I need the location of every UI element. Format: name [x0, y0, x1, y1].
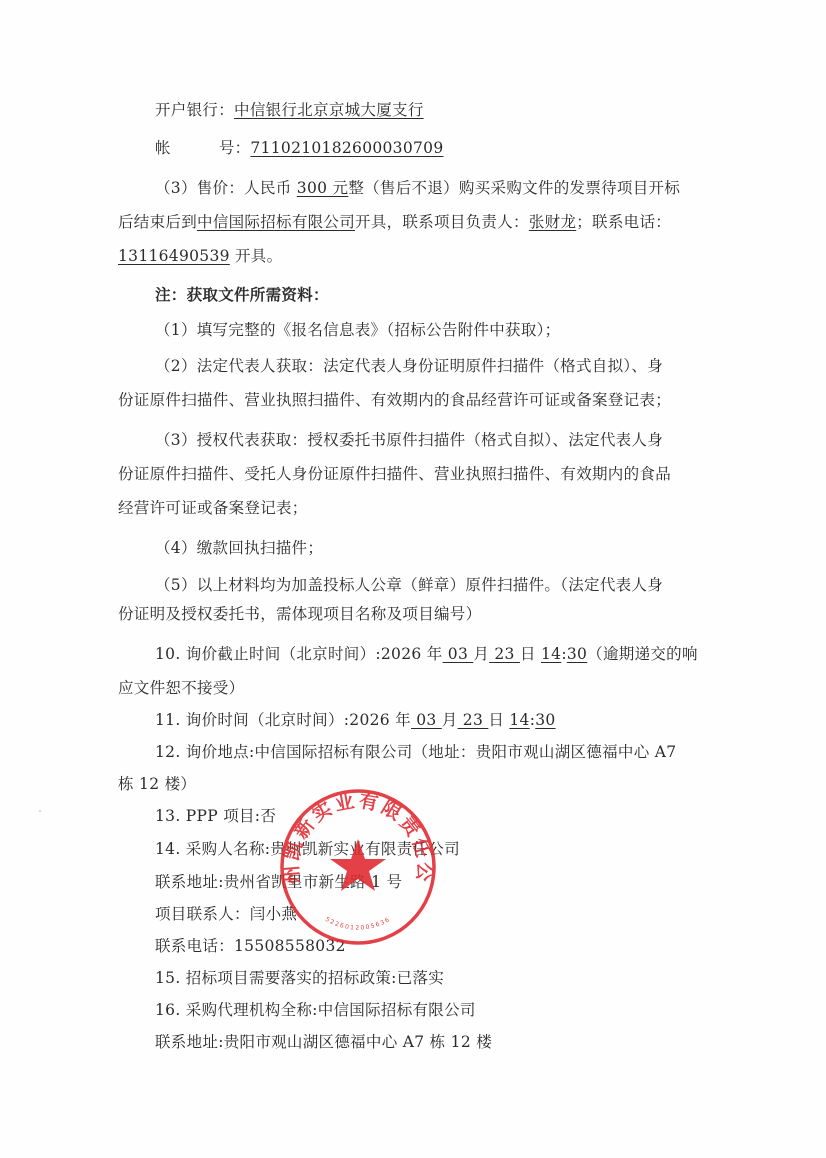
agency-name: 16. 采购代理机构全称:中信国际招标有限公司 — [155, 1000, 476, 1020]
scan-speck — [39, 810, 41, 812]
purchaser-address: 联系地址:贵州省凯里市新生路 1 号 — [155, 872, 402, 892]
note-item-1: （1）填写完整的《报名信息表》（招标公告附件中获取）； — [155, 320, 560, 340]
deadline-suffix: （逾期递交的响 — [587, 645, 698, 663]
seal-code: 5226012005636 — [324, 916, 392, 932]
price-l2-suffix: ；联系电话： — [576, 213, 671, 231]
bank-label: 开户银行： — [155, 101, 234, 119]
price-line-3: 13116490539 开具。 — [118, 246, 282, 266]
inquiry-hour: 14 — [509, 711, 529, 729]
inquiry-time-line: 11. 询价时间（北京时间）:2026 年 03 月 23 日 14:30 — [155, 710, 556, 730]
seal-ring — [282, 791, 434, 943]
inquiry-location-line-1: 12. 询价地点:中信国际招标有限公司（地址：贵阳市观山湖区德福中心 A7 — [155, 742, 676, 762]
inquiry-time-prefix: 11. 询价时间（北京时间）:2026 年 — [155, 711, 411, 729]
inquiry-minute: 30 — [535, 711, 555, 729]
day-label: 日 — [488, 711, 509, 729]
bank-line: 开户银行：中信银行北京京城大厦支行 — [155, 100, 424, 120]
account-label-b: 号： — [219, 139, 251, 157]
price-l2-prefix: 后结束后到 — [118, 213, 197, 231]
price-prefix: （3）售价：人民币 — [155, 179, 297, 197]
deadline-line-2: 应文件恕不接受） — [118, 678, 244, 698]
ppp-line: 13. PPP 项目:否 — [155, 806, 276, 826]
deadline-minute: 30 — [567, 645, 587, 663]
inquiry-month: 03 — [411, 711, 442, 729]
invoice-company: 中信国际招标有限公司 — [197, 213, 355, 231]
purchaser-name: 14. 采购人名称:贵州凯新实业有限责任公司 — [155, 839, 460, 859]
account-label-a: 帐 — [155, 139, 171, 157]
note-item-5-line-1: （5）以上材料均为加盖投标人公章（鲜章）原件扫描件。（法定代表人身 — [155, 575, 663, 595]
deadline-month: 03 — [443, 645, 474, 663]
contact-phone: 13116490539 — [118, 247, 230, 265]
inquiry-day: 23 — [458, 711, 489, 729]
purchaser-phone: 联系电话：15508558032 — [155, 936, 346, 956]
month-label: 月 — [442, 711, 458, 729]
note-item-2-line-2: 份证原件扫描件、营业执照扫描件、有效期内的食品经营许可证或备案登记表； — [118, 390, 671, 410]
account-line: 帐号：7110210182600030709 — [155, 138, 444, 158]
note-item-5-line-2: 份证明及授权委托书，需体现项目名称及项目编号） — [118, 604, 481, 624]
deadline-prefix: 10. 询价截止时间（北京时间）:2026 年 — [155, 645, 443, 663]
price-l3-suffix: 开具。 — [230, 247, 283, 265]
note-item-3-line-3: 经营许可证或备案登记表； — [118, 498, 308, 518]
month-label: 月 — [473, 645, 489, 663]
note-item-3-line-1: （3）授权代表获取：授权委托书原件扫描件（格式自拟）、法定代表人身 — [155, 430, 663, 450]
note-title: 注：获取文件所需资料： — [155, 285, 329, 305]
contact-person: 张财龙 — [529, 213, 576, 231]
purchaser-contact: 项目联系人：闫小燕 — [155, 904, 297, 924]
deadline-day: 23 — [489, 645, 520, 663]
bank-value: 中信银行北京京城大厦支行 — [234, 101, 424, 119]
note-item-4: （4）缴款回执扫描件； — [155, 538, 323, 558]
deadline-line-1: 10. 询价截止时间（北京时间）:2026 年 03 月 23 日 14:30（… — [155, 644, 698, 664]
note-item-2-line-1: （2）法定代表人获取：法定代表人身份证明原件扫描件（格式自拟）、身 — [155, 356, 663, 376]
agency-address: 联系地址:贵阳市观山湖区德福中心 A7 栋 12 楼 — [155, 1032, 492, 1052]
price-line-2: 后结束后到中信国际招标有限公司开具，联系项目负责人：张财龙；联系电话： — [118, 212, 671, 232]
policy-line: 15. 招标项目需要落实的招标政策:已落实 — [155, 968, 444, 988]
company-seal-stamp: 贵州凯新实业有限责任公司 5226012005636 — [278, 787, 438, 947]
price-suffix: 整（售后不退）购买采购文件的发票待项目开标 — [348, 179, 680, 197]
price-l2-mid: 开具，联系项目负责人： — [355, 213, 529, 231]
day-label: 日 — [520, 645, 541, 663]
account-value: 7110210182600030709 — [250, 139, 443, 157]
seal-text: 贵州凯新实业有限责任公司 — [278, 787, 436, 885]
inquiry-location-line-2: 栋 12 楼） — [118, 774, 196, 794]
price-amount: 300 元 — [297, 179, 349, 197]
document-page: 开户银行：中信银行北京京城大厦支行 帐号：7110210182600030709… — [0, 0, 826, 1158]
price-line-1: （3）售价：人民币 300 元整（售后不退）购买采购文件的发票待项目开标 — [155, 178, 680, 198]
note-item-3-line-2: 份证原件扫描件、受托人身份证原件扫描件、营业执照扫描件、有效期内的食品 — [118, 464, 671, 484]
deadline-hour: 14 — [541, 645, 561, 663]
